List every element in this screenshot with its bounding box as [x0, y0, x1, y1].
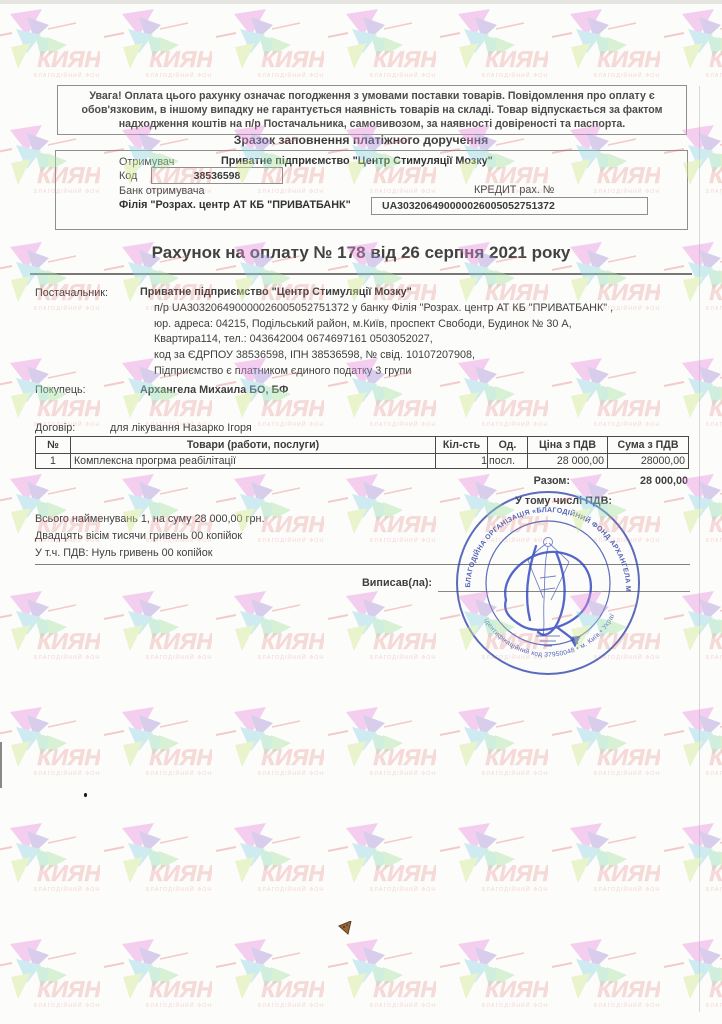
- table-row: 1 Комплексна прогрма реабілітації 1 посл…: [36, 454, 689, 469]
- recipient-code-label: Код: [119, 170, 137, 182]
- issued-by-label: Виписав(ла):: [362, 575, 432, 592]
- col-qty: Кіл-сть: [436, 437, 488, 454]
- summary-items-count: Всього найменувань 1, на суму 28 000,00 …: [35, 511, 264, 528]
- recipient-bank-value: Філія "Розрах. центр АТ КБ "ПРИВАТБАНК": [119, 199, 351, 211]
- summary-amount-words: Двадцять вісім тисячи гривень 00 копійок: [35, 528, 264, 545]
- buyer-value: Архангела Михаила БО, БФ: [140, 383, 288, 399]
- col-price: Ціна з ПДВ: [528, 437, 608, 454]
- col-number: №: [36, 437, 71, 454]
- col-unit: Од.: [488, 437, 528, 454]
- item-unit: посл.: [488, 454, 528, 469]
- scan-edge-top: [0, 0, 722, 4]
- svg-text:БЛАГОДІЙНА ОРГАНІЗАЦІЯ «БЛАГОД: БЛАГОДІЙНА ОРГАНІЗАЦІЯ «БЛАГОДІЙНИЙ ФОНД…: [448, 488, 631, 592]
- organization-stamp: БЛАГОДІЙНА ОРГАНІЗАЦІЯ «БЛАГОДІЙНИЙ ФОНД…: [448, 488, 653, 678]
- supplier-line: юр. адреса: 04215, Подільський район, м.…: [154, 317, 696, 333]
- title-divider: [30, 273, 692, 275]
- item-price: 28 000,00: [528, 454, 608, 469]
- invoice-title: Рахунок на оплату № 178 від 26 серпня 20…: [0, 243, 722, 263]
- supplier-line: код за ЄДРПОУ 38536598, ІПН 38536598, № …: [154, 348, 696, 364]
- handwritten-signature: [505, 546, 591, 645]
- scan-speck: [84, 793, 87, 797]
- credit-account-label: КРЕДИТ рах. №: [474, 184, 554, 196]
- buyer-label: Покупець:: [35, 383, 86, 399]
- iban-value: UA303206490000026005052751372: [371, 197, 648, 215]
- col-goods: Товари (работи, послуги): [71, 437, 436, 454]
- recipient-value: Приватне підприємство "Центр Стимуляції …: [221, 155, 493, 167]
- payment-sample-box: Отримувач Приватне підприємство "Центр С…: [55, 150, 688, 230]
- items-table: № Товари (работи, послуги) Кіл-сть Од. Ц…: [35, 436, 689, 469]
- scan-edge-right: [699, 86, 700, 1012]
- supplier-line: Квартира114, тел.: 043642004 0674697161 …: [154, 332, 696, 348]
- col-sum: Сума з ПДВ: [608, 437, 689, 454]
- item-name: Комплексна прогрма реабілітації: [71, 454, 436, 469]
- contract-label: Договір:: [35, 421, 75, 437]
- item-number: 1: [36, 454, 71, 469]
- stamp-top-text: БЛАГОДІЙНА ОРГАНІЗАЦІЯ «БЛАГОДІЙНИЙ ФОНД…: [448, 488, 631, 592]
- payment-sample-title: Зразок заповнення платіжного доручення: [0, 133, 722, 147]
- recipient-code-value: 38536598: [151, 167, 283, 184]
- document-content: Увага! Оплата цього рахунку означає пого…: [0, 0, 722, 1024]
- scan-fleck: [337, 921, 355, 937]
- scanned-invoice-page: Увага! Оплата цього рахунку означає пого…: [0, 0, 722, 1024]
- contract-value: для лікування Назарко Ігоря: [110, 421, 252, 437]
- item-sum: 28000,00: [608, 454, 689, 469]
- supplier-label: Постачальник:: [35, 286, 108, 302]
- payment-warning-notice: Увага! Оплата цього рахунку означає пого…: [57, 85, 687, 135]
- items-header-row: № Товари (работи, послуги) Кіл-сть Од. Ц…: [36, 437, 689, 454]
- supplier-line: Підприємство є платником єдиного податку…: [154, 364, 696, 380]
- item-qty: 1: [436, 454, 488, 469]
- supplier-line: п/р UA303206490000026005052751372 у банк…: [154, 301, 696, 317]
- supplier-name: Приватне підприємство "Центр Стимуляції …: [140, 285, 696, 301]
- scan-edge-mark: [0, 742, 2, 788]
- summary-vat-words: У т.ч. ПДВ: Нуль гривень 00 копійок: [35, 545, 264, 562]
- recipient-bank-label: Банк отримувача: [119, 185, 204, 197]
- supplier-block: Приватне підприємство "Центр Стимуляції …: [140, 285, 696, 380]
- totals-summary: Всього найменувань 1, на суму 28 000,00 …: [35, 511, 264, 562]
